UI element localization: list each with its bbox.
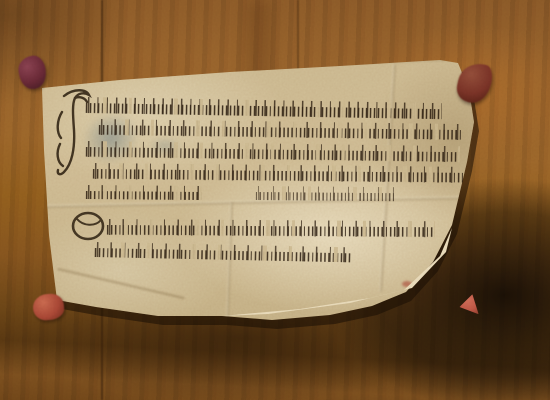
initial-letter-j [54,86,96,182]
script-line [95,242,351,262]
initial-letter-o [68,208,108,244]
flourished-initial-icon [54,86,96,182]
script-line [107,219,435,237]
script-line [86,97,442,119]
script-layer [0,0,550,400]
script-line [256,186,396,201]
script-line [86,141,460,162]
script-line [93,163,463,183]
script-line [99,119,461,140]
painting [0,0,550,400]
round-initial-icon [68,208,108,244]
script-line [86,185,202,200]
